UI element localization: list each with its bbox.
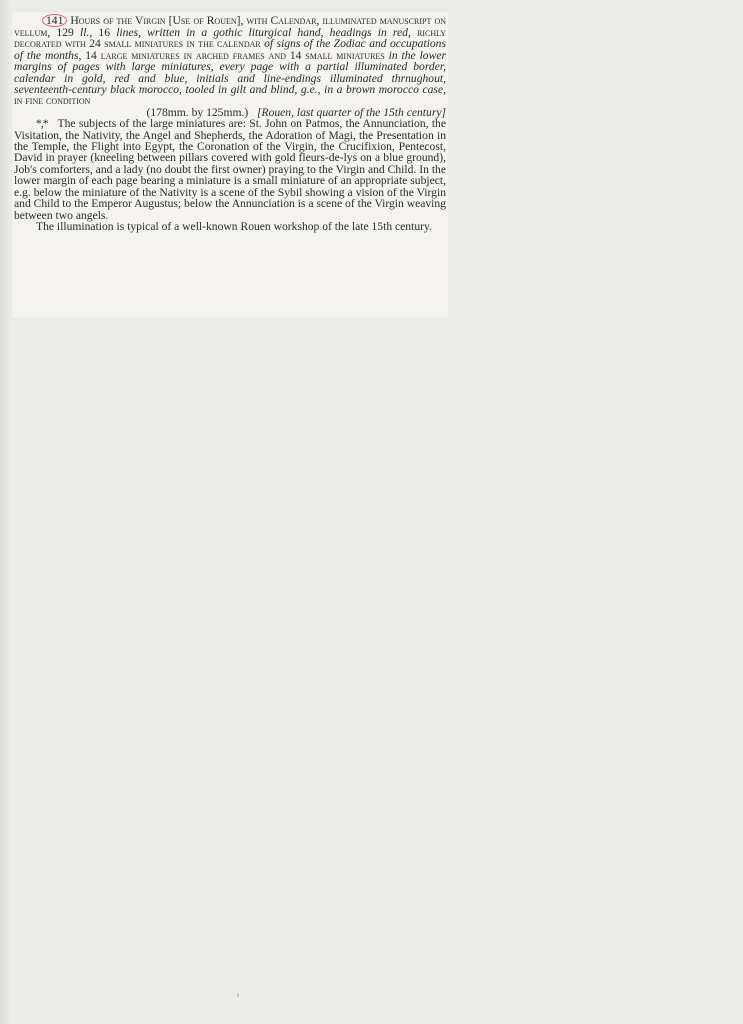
catalogue-entry: 141Hours of the Virgin [Use of Rouen], w… bbox=[14, 14, 446, 232]
page-edge bbox=[0, 0, 10, 1024]
entry-description: 141Hours of the Virgin [Use of Rouen], w… bbox=[14, 14, 446, 107]
entry-summary: The illumination is typical of a well-kn… bbox=[14, 221, 446, 232]
description-fragment: in fine condition bbox=[14, 94, 90, 107]
entry-details: , with Calendar, illuminated manuscript … bbox=[14, 14, 446, 107]
entry-notes: *,*The subjects of the large miniatures … bbox=[14, 118, 446, 221]
paper-speck bbox=[237, 993, 239, 997]
notes-text: The subjects of the large miniatures are… bbox=[14, 117, 446, 221]
